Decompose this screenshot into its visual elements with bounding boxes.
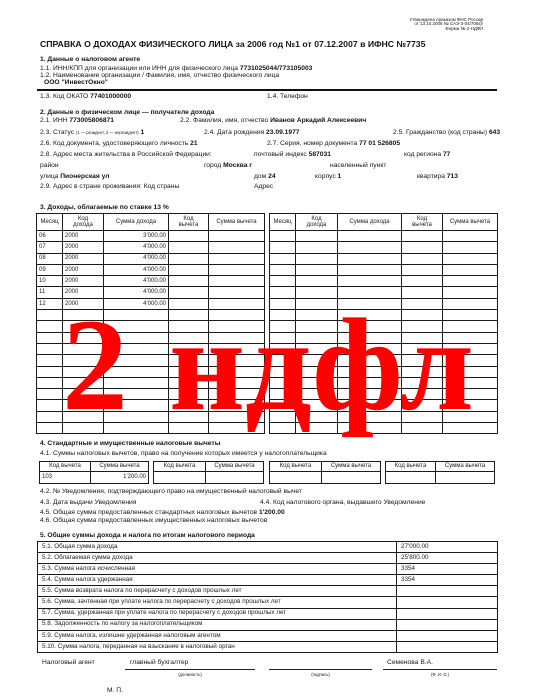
table-cell: [209, 276, 265, 287]
table-body: [154, 472, 264, 484]
item-4-6: 4.6. Общая сумма предоставленных имущест…: [40, 517, 267, 525]
col-month: Месяц: [37, 214, 63, 231]
table-row: 0620003'000.00: [37, 231, 265, 242]
field-label: 2.1. ИНН: [40, 117, 67, 124]
table-row: [270, 276, 498, 287]
table-row: [154, 472, 264, 484]
divider: [37, 89, 497, 91]
item-4-1: 4.1. Суммы налоговых вычетов, право на п…: [40, 450, 327, 458]
field-value: 1: [141, 129, 145, 136]
table-cell: [270, 264, 296, 275]
table-cell: [402, 264, 443, 275]
apartment: квартира 713: [417, 173, 458, 181]
table-cell: [397, 597, 498, 608]
field-label: 4.4. Код налогового органа, выдавшего Ув…: [260, 499, 425, 506]
table-cell: [37, 343, 63, 354]
col-deduction-amount: Сумма вычета: [209, 214, 265, 231]
agent-name-value: ООО "ИнвестОкно": [44, 79, 108, 87]
table-header-row: Месяц Код дохода Сумма дохода Код вычета…: [37, 214, 265, 231]
col-income-code: Код дохода: [296, 214, 338, 231]
table-row: 5.4. Сумма налога удержанная3354: [38, 575, 498, 586]
table-cell: [443, 253, 498, 264]
deduction-table-1: Код вычета Сумма вычета 1031'200.00: [39, 461, 149, 484]
field-value: 24: [268, 173, 275, 180]
house: дом 24: [254, 173, 276, 181]
stamp-place-label: М. П.: [107, 687, 123, 695]
col-deduction-code: Код вычета: [402, 214, 443, 231]
field-value: 7731025044/773105003: [240, 65, 313, 72]
deduction-table-4: Код вычета Сумма вычета: [385, 461, 495, 484]
table-cell: [209, 253, 265, 264]
table-row: 5.2. Облагаемая сумма дохода25'800.00: [38, 553, 498, 564]
table-cell: [322, 472, 381, 484]
street: улица Пионерская ул: [40, 173, 110, 181]
locality: населенный пункт: [330, 162, 386, 170]
table-cell: [169, 253, 209, 264]
field-label: район: [40, 162, 59, 169]
table-cell: 5.4. Сумма налога удержанная: [38, 575, 397, 586]
section2-heading: 2. Данные о физическом лице — получателе…: [40, 109, 214, 117]
field-label: 4.3. Дата выдачи Уведомления: [40, 499, 136, 506]
table-row: 1020004'000.00: [37, 276, 265, 287]
item-4-2: 4.2. № Уведомления, подтверждающего прав…: [40, 488, 302, 496]
table-cell: [270, 276, 296, 287]
table-row: 0820004'000.00: [37, 253, 265, 264]
tax-agent-label: Налоговый агент: [42, 659, 95, 667]
field-label: Адрес: [254, 183, 273, 190]
table-cell: [397, 586, 498, 597]
field-hint: (1 — резидент, 2 — нерезидент): [76, 130, 139, 135]
table-cell: [270, 472, 322, 484]
field-label: населенный пункт: [330, 162, 386, 169]
field-value: 643: [489, 129, 500, 136]
table-cell: [169, 231, 209, 242]
table-cell: 103: [40, 472, 91, 484]
person-citizenship: 2.5. Гражданство (код страны) 643: [393, 129, 500, 137]
table-cell: [402, 242, 443, 253]
table-cell: [436, 472, 495, 484]
table-cell: 10: [37, 276, 63, 287]
table-cell: 3354: [397, 575, 498, 586]
form-number: Форма № 2-НДФЛ: [410, 27, 483, 31]
col-income-amount: Сумма дохода: [104, 214, 169, 231]
agent-phone: 1.4. Телефон: [267, 93, 308, 101]
field-label: 2.9. Адрес в стране проживания: Код стра…: [40, 183, 179, 190]
position-line: [125, 669, 255, 670]
col-income-code: Код дохода: [63, 214, 104, 231]
field-label: город: [204, 162, 221, 169]
table-cell: [443, 264, 498, 275]
person-doc-code: 2.6. Код документа, удостоверяющего личн…: [40, 140, 198, 148]
table-cell: 5.9. Сумма налога, излишне удержанная на…: [38, 630, 397, 641]
table-cell: [37, 366, 63, 377]
item-4-4: 4.4. Код налогового органа, выдавшего Ув…: [260, 499, 425, 507]
table-row: 5.5. Сумма возврата налога по перерасчет…: [38, 586, 498, 597]
col-deduction-code: Код вычета: [386, 462, 436, 472]
table-cell: [296, 264, 338, 275]
table-row: [270, 231, 498, 242]
col-deduction-amount: Сумма вычета: [322, 462, 381, 472]
col-deduction-amount: Сумма вычета: [436, 462, 495, 472]
person-inn: 2.1. ИНН 773005806871: [40, 117, 114, 125]
field-label: 4.6. Общая сумма предоставленных имущест…: [40, 517, 267, 524]
col-deduction-code: Код вычета: [169, 214, 209, 231]
table-cell: [37, 310, 63, 321]
document-title: СПРАВКА О ДОХОДАХ ФИЗИЧЕСКОГО ЛИЦА за 20…: [40, 39, 425, 49]
signer-position: главный бухгалтер: [130, 659, 188, 667]
agent-okato: 1.3. Код ОКАТО 77401000000: [40, 93, 131, 101]
table-cell: [37, 411, 63, 422]
table-cell: [338, 264, 402, 275]
col-deduction-amount: Сумма вычета: [443, 214, 498, 231]
table-cell: [397, 608, 498, 619]
table-cell: 3'000.00: [104, 231, 169, 242]
table-cell: 07: [37, 242, 63, 253]
person-fio: 2.2. Фамилия, имя, отчество Иванов Аркад…: [180, 117, 366, 125]
table-cell: [338, 231, 402, 242]
table-cell: [443, 242, 498, 253]
table-header-row: Месяц Код дохода Сумма дохода Код вычета…: [270, 214, 498, 231]
table-row: 5.7. Сумма, удержанная при уплате налога…: [38, 608, 498, 619]
field-label: почтовый индекс: [254, 151, 307, 158]
col-month: Месяц: [270, 214, 296, 231]
field-label: улица: [40, 173, 58, 180]
field-label: 2.2. Фамилия, имя, отчество: [180, 117, 268, 124]
table-cell: [37, 389, 63, 400]
table-cell: 3354: [397, 564, 498, 575]
table-cell: [37, 321, 63, 332]
table-row: 5.9. Сумма налога, излишне удержанная на…: [38, 630, 498, 641]
field-value: 23.09.1977: [266, 129, 299, 136]
table-row: 5.8. Задолженность по налогу за налогопл…: [38, 619, 498, 630]
person-doc-number: 2.7. Серия, номер документа 77 01 526805: [267, 140, 400, 148]
table-cell: 27'000.00: [397, 542, 498, 553]
field-label: 4.2. № Уведомления, подтверждающего прав…: [40, 488, 302, 495]
table-cell: 08: [37, 253, 63, 264]
table-cell: [209, 242, 265, 253]
city: город Москва г: [204, 162, 252, 170]
table-cell: 4'000.00: [104, 264, 169, 275]
table-cell: [296, 276, 338, 287]
table-cell: 1'200.00: [91, 472, 149, 484]
table-cell: [443, 231, 498, 242]
deduction-table-2: Код вычета Сумма вычета: [153, 461, 264, 484]
field-label: 2.4. Дата рождения: [204, 129, 264, 136]
totals-table: 5.1. Общая сумма дохода27'000.005.2. Обл…: [37, 541, 498, 653]
table-cell: 12: [37, 298, 63, 309]
person-birth-date: 2.4. Дата рождения 23.09.1977: [204, 129, 300, 137]
table-cell: [37, 400, 63, 411]
table-cell: [397, 641, 498, 652]
table-row: 0720004'000.00: [37, 242, 265, 253]
address-label: 2.8. Адрес места жительства в Российской…: [40, 151, 212, 159]
table-cell: 2000: [63, 242, 104, 253]
field-label: 1.1. ИНН/КПП для организации или ИНН для…: [40, 65, 238, 72]
table-row: 5.6. Сумма, зачтенная при уплате налога …: [38, 597, 498, 608]
table-cell: 5.1. Общая сумма дохода: [38, 542, 397, 553]
signer-name: Семенова В.А.: [387, 659, 433, 667]
col-deduction-code: Код вычета: [154, 462, 206, 472]
table-row: [270, 472, 381, 484]
table-header-row: Код вычета Сумма вычета: [154, 462, 264, 472]
table-cell: [338, 276, 402, 287]
field-label: 1.3. Код ОКАТО: [40, 93, 88, 100]
table-cell: [338, 242, 402, 253]
table-cell: [169, 276, 209, 287]
table-cell: [37, 332, 63, 343]
table-cell: 4'000.00: [104, 253, 169, 264]
table-cell: [37, 377, 63, 388]
signature-caption: (подпись): [269, 672, 372, 677]
field-label: квартира: [417, 173, 445, 180]
field-value: 77401000000: [90, 93, 131, 100]
table-cell: [37, 423, 63, 434]
field-value: Пионерская ул: [60, 173, 109, 180]
col-deduction-amount: Сумма вычета: [206, 462, 264, 472]
postal-code: почтовый индекс 587031: [254, 151, 331, 159]
table-row: [386, 472, 495, 484]
field-label: 2.3. Статус: [40, 129, 74, 136]
table-body: 5.1. Общая сумма дохода27'000.005.2. Обл…: [38, 542, 498, 653]
field-label: 1.4. Телефон: [267, 93, 308, 100]
foreign-country: 2.9. Адрес в стране проживания: Код стра…: [40, 183, 179, 191]
table-cell: [386, 472, 436, 484]
table-row: 5.1. Общая сумма дохода27'000.00: [38, 542, 498, 553]
table-cell: 25'800.00: [397, 553, 498, 564]
name-caption: (Ф. И. О.): [383, 672, 497, 677]
table-cell: 2000: [63, 253, 104, 264]
approval-note: Утверждена приказом ФНС России от 13.10.…: [410, 18, 483, 31]
table-row: [270, 242, 498, 253]
table-cell: [397, 630, 498, 641]
table-row: [270, 253, 498, 264]
table-cell: 5.2. Облагаемая сумма дохода: [38, 553, 397, 564]
table-cell: [206, 472, 264, 484]
section4-heading: 4. Стандартные и имущественные налоговые…: [40, 440, 220, 448]
field-label: 2.5. Гражданство (код страны): [393, 129, 487, 136]
region-code: код региона 77: [404, 151, 450, 159]
table-cell: [270, 231, 296, 242]
item-4-5: 4.5. Общая сумма предоставленных стандар…: [40, 509, 285, 517]
table-row: 1031'200.00: [40, 472, 149, 484]
table-header-row: Код вычета Сумма вычета: [386, 462, 495, 472]
table-cell: [296, 242, 338, 253]
field-value: 1'200.00: [259, 509, 285, 516]
section5-heading: 5. Общие суммы дохода и налога по итогам…: [40, 532, 255, 540]
table-cell: 06: [37, 231, 63, 242]
table-cell: 4'000.00: [104, 276, 169, 287]
table-cell: [402, 276, 443, 287]
field-label: корпус: [315, 173, 336, 180]
table-cell: [402, 231, 443, 242]
table-cell: [154, 472, 206, 484]
person-status: 2.3. Статус (1 — резидент, 2 — нерезиден…: [40, 129, 144, 137]
deduction-table-3: Код вычета Сумма вычета: [269, 461, 381, 484]
table-cell: 5.3. Сумма налога исчисленная: [38, 564, 397, 575]
field-value: Москва г: [223, 162, 252, 169]
field-label: 4.5. Общая сумма предоставленных стандар…: [40, 509, 257, 516]
field-value: 21: [190, 140, 197, 147]
table-cell: [270, 242, 296, 253]
table-cell: [209, 264, 265, 275]
col-deduction-code: Код вычета: [40, 462, 91, 472]
table-cell: [270, 253, 296, 264]
table-cell: 5.6. Сумма, зачтенная при уплате налога …: [38, 597, 397, 608]
table-cell: 4'000.00: [104, 242, 169, 253]
table-cell: [169, 242, 209, 253]
table-body: [270, 472, 381, 484]
section3-heading: 3. Доходы, облагаемые по ставке 13 %: [40, 204, 169, 212]
table-cell: [443, 276, 498, 287]
table-cell: [296, 231, 338, 242]
table-cell: [169, 264, 209, 275]
field-value: Иванов Аркадий Алексеевич: [270, 117, 366, 124]
table-cell: 5.5. Сумма возврата налога по перерасчет…: [38, 586, 397, 597]
field-label: дом: [254, 173, 266, 180]
foreign-address: Адрес: [254, 183, 273, 191]
table-row: [270, 264, 498, 275]
table-row: 0920004'000.00: [37, 264, 265, 275]
field-value: 1: [338, 173, 342, 180]
table-body: 1031'200.00: [40, 472, 149, 484]
table-row: 5.10. Сумма налога, переданная на взыска…: [38, 641, 498, 652]
col-income-amount: Сумма дохода: [338, 214, 402, 231]
table-cell: 5.10. Сумма налога, переданная на взыска…: [38, 641, 397, 652]
table-header-row: Код вычета Сумма вычета: [40, 462, 149, 472]
table-cell: [338, 253, 402, 264]
table-header-row: Код вычета Сумма вычета: [270, 462, 381, 472]
table-cell: [402, 253, 443, 264]
table-cell: [397, 619, 498, 630]
table-cell: [37, 355, 63, 366]
building: корпус 1: [315, 173, 341, 181]
district: район: [40, 162, 59, 170]
table-cell: 2000: [63, 276, 104, 287]
watermark-2-ndfl: 2 ндфл: [62, 299, 474, 431]
field-value: 77: [443, 151, 450, 158]
field-label: 2.7. Серия, номер документа: [267, 140, 357, 147]
field-value: 77 01 526805: [359, 140, 400, 147]
table-cell: [296, 253, 338, 264]
table-body: [386, 472, 495, 484]
col-deduction-amount: Сумма вычета: [91, 462, 149, 472]
item-4-3: 4.3. Дата выдачи Уведомления: [40, 499, 136, 507]
table-cell: 5.7. Сумма, удержанная при уплате налога…: [38, 608, 397, 619]
table-cell: [209, 231, 265, 242]
field-value: 773005806871: [69, 117, 114, 124]
position-caption: (должность): [125, 672, 255, 677]
field-label: код региона: [404, 151, 441, 158]
table-cell: 09: [37, 264, 63, 275]
table-cell: 5.8. Задолженность по налогу за налогопл…: [38, 619, 397, 630]
field-label: 2.6. Код документа, удостоверяющего личн…: [40, 140, 188, 147]
name-line: [383, 669, 497, 670]
signature-line: [269, 669, 372, 670]
table-cell: 11: [37, 287, 63, 298]
section1-heading: 1. Данные о налоговом агенте: [40, 56, 140, 64]
table-row: 5.3. Сумма налога исчисленная3354: [38, 564, 498, 575]
field-value: 713: [447, 173, 458, 180]
field-value: 587031: [309, 151, 331, 158]
col-deduction-code: Код вычета: [270, 462, 322, 472]
table-cell: 2000: [63, 231, 104, 242]
table-cell: 2000: [63, 264, 104, 275]
